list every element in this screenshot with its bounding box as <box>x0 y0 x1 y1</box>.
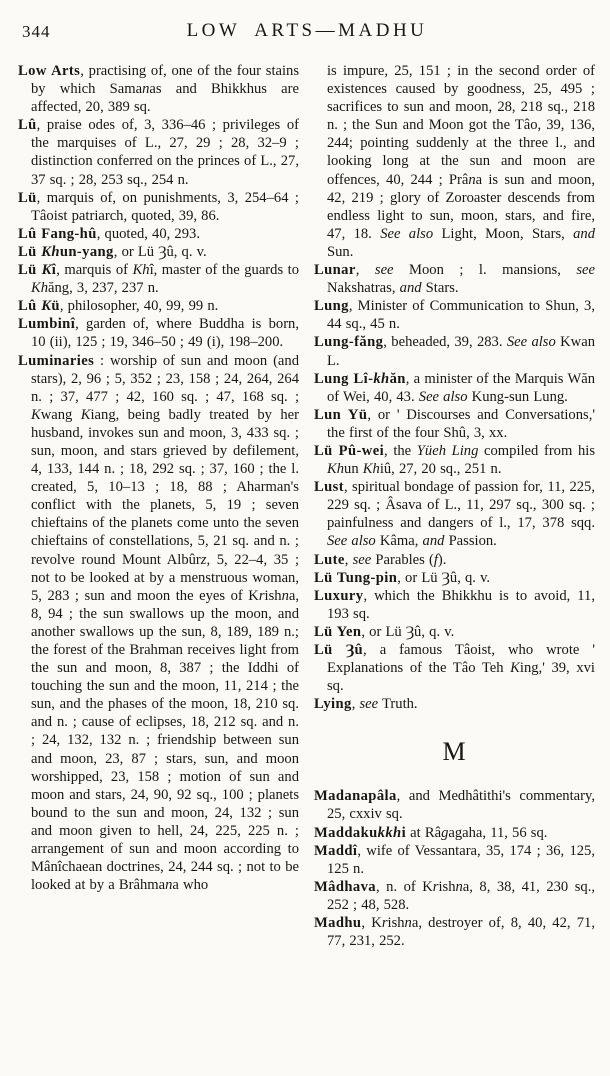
index-entry: Maddakukkhi at Râgagaha, 11, 56 sq. <box>314 824 595 842</box>
index-entry: Lü Tung-pin, or Lü Ȝû, q. v. <box>314 569 595 587</box>
index-term: Maddakukkhi <box>314 825 406 841</box>
index-term: Lust <box>314 479 344 495</box>
index-entry: Lü Pû-wei, the Yüeh Ling compiled from h… <box>314 442 595 478</box>
index-entry: Lute, see Parables (f). <box>314 551 595 569</box>
index-term: Lü <box>18 190 37 206</box>
index-term: Madhu <box>314 915 361 931</box>
index-term: Mâdhava <box>314 879 376 895</box>
index-term: Lü Ȝû <box>314 642 363 658</box>
index-entry: Lying, see Truth. <box>314 695 595 713</box>
index-term: Lung <box>314 298 349 314</box>
index-term: Lying <box>314 696 352 712</box>
index-entry: Lü Ȝû, a famous Tâoist, who wrote ' Expl… <box>314 641 595 695</box>
index-entry: Madhu, Krishna, destroyer of, 8, 40, 42,… <box>314 914 595 950</box>
page-header: 344 LOW ARTS—MADHU <box>18 16 596 50</box>
index-term: Lute <box>314 552 345 568</box>
index-entry: Lumbinî, garden of, where Buddha is born… <box>18 315 299 351</box>
index-entry: Lû Fang-hû, quoted, 40, 293. <box>18 225 299 243</box>
index-entry: Lung Lî-khăn, a minister of the Marquis … <box>314 370 595 406</box>
index-term: Lü Tung-pin <box>314 570 397 586</box>
index-term: Lû <box>18 117 37 133</box>
index-entry: Lunar, see Moon ; l. mansions, see Naksh… <box>314 261 595 297</box>
index-term: Lû Kü <box>18 298 60 314</box>
index-term: Lü Kî <box>18 262 56 278</box>
index-term: Lü Yen <box>314 624 361 640</box>
index-entry: Lun Yü, or ' Discourses and Conversation… <box>314 406 595 442</box>
index-entry: Lü Kî, marquis of Khî, master of the gua… <box>18 261 299 297</box>
index-term: Lung-făng <box>314 334 383 350</box>
index-entry: Lung-făng, beheaded, 39, 283. See also K… <box>314 333 595 369</box>
running-head: LOW ARTS—MADHU <box>18 20 596 42</box>
index-term: Lunar <box>314 262 356 278</box>
index-term: Lü Pû-wei <box>314 443 384 459</box>
index-entry: Lû Kü, philosopher, 40, 99, 99 n. <box>18 297 299 315</box>
left-column: Low Arts, practising of, one of the four… <box>18 62 299 950</box>
book-page: 344 LOW ARTS—MADHU Low Arts, practising … <box>0 0 610 1076</box>
index-term: Luxury <box>314 588 363 604</box>
index-entry: Luminaries : worship of sun and moon (an… <box>18 352 299 895</box>
index-entry: Lü Yen, or Lü Ȝû, q. v. <box>314 623 595 641</box>
index-entry: Lü, marquis of, on punishments, 3, 254–6… <box>18 189 299 225</box>
index-term: Lü Khun-yang <box>18 244 114 260</box>
index-entry: Lü Khun-yang, or Lü Ȝû, q. v. <box>18 243 299 261</box>
index-term: Lung Lî-khăn <box>314 371 406 387</box>
index-entry: Maddî, wife of Vessantara, 35, 174 ; 36,… <box>314 842 595 878</box>
index-term: Luminaries <box>18 353 94 369</box>
index-term: Low Arts <box>18 63 80 79</box>
index-term: Lumbinî <box>18 316 75 332</box>
index-entry: Lû, praise odes of, 3, 336–46 ; privileg… <box>18 116 299 188</box>
right-column: is impure, 25, 151 ; in the second order… <box>314 62 595 950</box>
index-entry: Mâdhava, n. of Krishna, 8, 38, 41, 230 s… <box>314 878 595 914</box>
index-entry: Low Arts, practising of, one of the four… <box>18 62 299 116</box>
section-heading: M <box>314 739 595 765</box>
index-term: Lû Fang-hû <box>18 226 97 242</box>
index-entry: Lust, spiritual bondage of passion for, … <box>314 478 595 550</box>
index-columns: Low Arts, practising of, one of the four… <box>18 62 596 950</box>
index-term: Lun Yü <box>314 407 367 423</box>
index-entry: Lung, Minister of Communication to Shun,… <box>314 297 595 333</box>
index-entry-continuation: is impure, 25, 151 ; in the second order… <box>314 62 595 261</box>
index-entry: Madanapâla, and Medhâtithi's commentary,… <box>314 787 595 823</box>
index-term: Maddî <box>314 843 357 859</box>
index-entry: Luxury, which the Bhikkhu is to avoid, 1… <box>314 587 595 623</box>
index-term: Madanapâla <box>314 788 397 804</box>
